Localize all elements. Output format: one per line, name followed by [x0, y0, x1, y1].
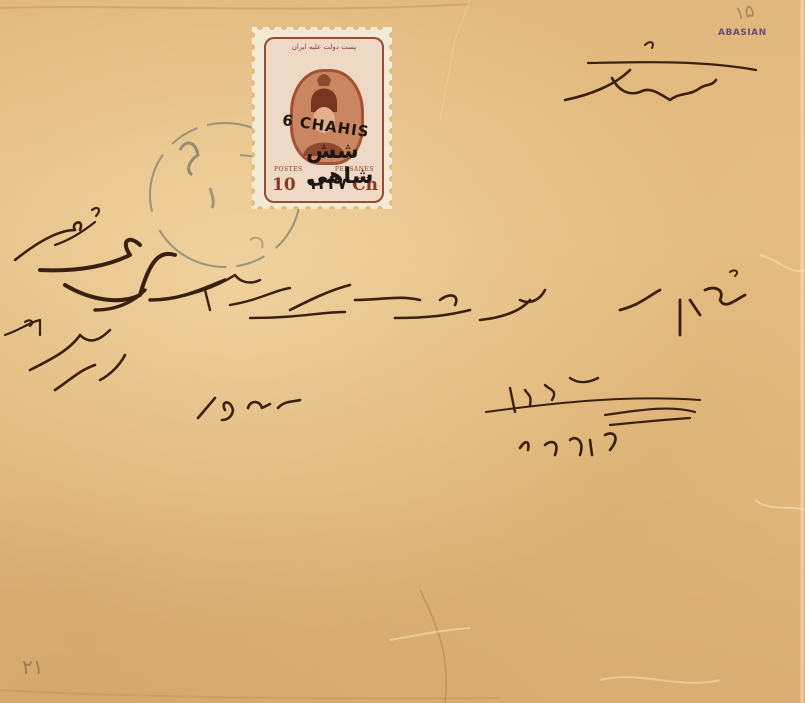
stamp-value-numeral: 10 [272, 175, 296, 195]
stamp-frame: پست دولت علیه ایران POSTES PERSANES 10 C… [264, 37, 384, 203]
stamp-header-text: پست دولت علیه ایران [266, 43, 382, 51]
handwritten-address-strokes [0, 0, 805, 703]
handwriting-address-left-2: با وجوه ارشاد نامه ... [0, 0, 1, 1]
dealer-handstamp: ABASIAN [718, 28, 767, 38]
handwriting-date-line-2: ۲۷ ربیع [0, 0, 1, 1]
handwriting-address-line-1: نجیب امام جمعه حضرت جلالت سلطانی مجد بند… [0, 0, 1, 1]
paper-creases [0, 0, 805, 703]
stamp-side-left: POSTES [274, 166, 303, 173]
overprint-year: ۱۳۳۷ [308, 174, 347, 193]
postage-stamp: پست دولت علیه ایران POSTES PERSANES 10 C… [252, 27, 392, 209]
pencil-note-top-right: ۱۵ [733, 0, 756, 24]
handwriting-date-line: ۱۳۳۲ ربیع [0, 0, 1, 1]
pencil-note-bottom-left: ۲۱ [22, 655, 43, 679]
handwriting-top-right: مشهد مقدس [0, 0, 1, 1]
envelope: ... پست دولت علیه ایران POSTES [0, 0, 805, 703]
handwriting-address-left-1: جناب آقا میرزا ... محمد جعفر [0, 0, 1, 1]
handwriting-number-left: ۱۹۴۲ [0, 0, 1, 1]
